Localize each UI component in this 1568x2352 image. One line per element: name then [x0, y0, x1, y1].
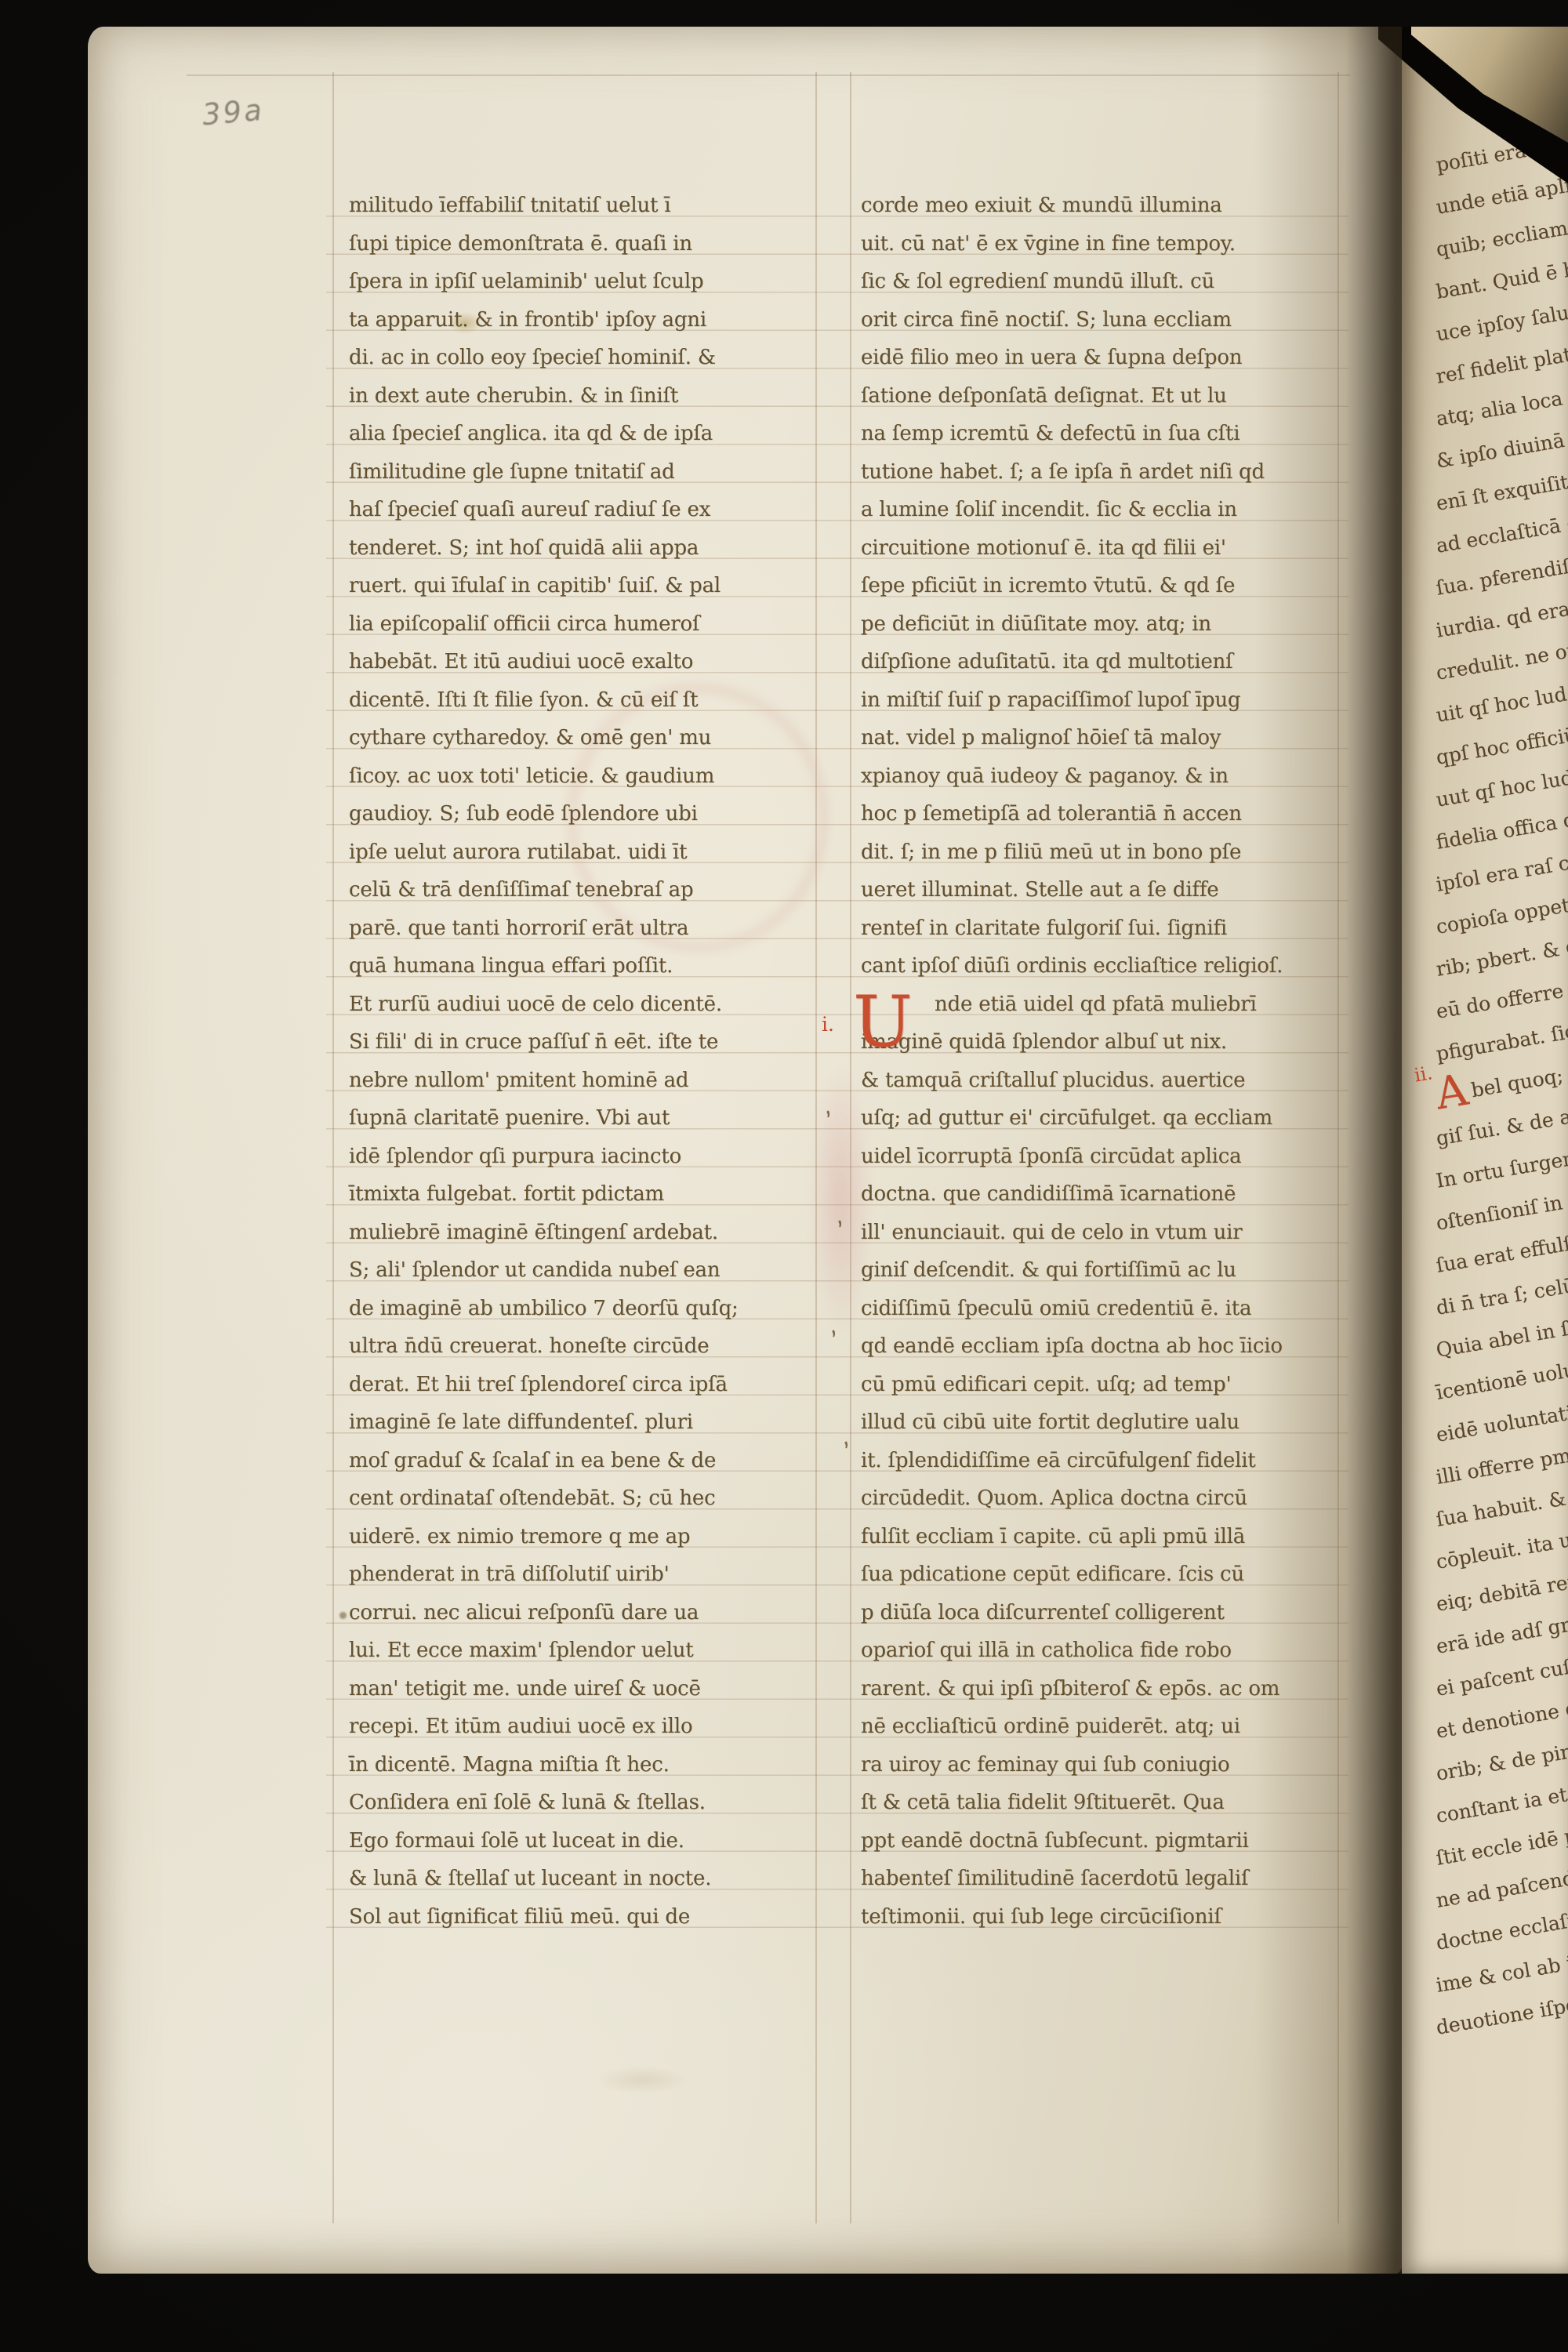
chapter-number-ii: ii.	[1413, 1062, 1434, 1086]
text-line: corrui. nec alicui reſponſū dare ua	[349, 1594, 819, 1632]
text-line: in dext aute cherubin. & in ſiniſt	[349, 377, 819, 416]
text-line: ſimilitudine gle ſupne tnitatiſ ad	[349, 453, 819, 492]
text-line: Et rurſū audiui uocē de celo dicentē.	[349, 985, 819, 1024]
text-line: nebre nullom' pmitent hominē ad	[349, 1062, 819, 1100]
text-line: tenderet. S; int hoſ quidā alii appa	[349, 529, 819, 568]
text-line: ſupnā claritatē puenire. Vbi aut	[349, 1099, 819, 1138]
text-line: Sol aut ſignificat filiū meū. qui de	[349, 1898, 819, 1936]
text-line: S; ali' ſplendor ut candida nubeſ ean	[349, 1251, 819, 1290]
text-line: celū & trā denſiſſimaſ tenebraſ ap	[349, 871, 819, 909]
text-line: recepi. Et itūm audiui uocē ex illo	[349, 1708, 819, 1746]
scuff-mark	[596, 2066, 690, 2094]
text-line: ſupi tipice demonſtrata ē. quaſi in	[349, 225, 819, 263]
text-line: dicentē. Iſti ſt filie ſyon. & cū eiſ ſt	[349, 681, 819, 720]
text-line: cent ordinataſ oſtendebāt. S; cū hec	[349, 1479, 819, 1518]
chapter-number-i: i.	[822, 1013, 834, 1036]
text-line: haſ ſpecieſ quaſi aureuſ radiuſ ſe ex	[349, 491, 819, 529]
next-page-edge: poſiti erāt īnori cibounde etiā apli ord…	[1402, 27, 1568, 2274]
text-line: ſpera in ipſiſ uelaminib' uelut ſculp	[349, 263, 819, 301]
text-line: Si fili' di in cruce paſſuſ n̄ eēt. iſte…	[349, 1023, 819, 1062]
text-line: Ego formaui ſolē ut luceat in die.	[349, 1822, 819, 1860]
text-line: uiderē. ex nimio tremore q me ap	[349, 1518, 819, 1556]
text-line: cythare cytharedoy. & omē gen' mu	[349, 719, 819, 757]
photo-background: 39a militudo īeffabiliſ tnitatiſ uelut ī…	[0, 0, 1568, 2352]
text-line: habebāt. Et itū audiui uocē exalto	[349, 643, 819, 681]
chapter-initial-U: U	[853, 985, 913, 1060]
text-line: ītmixta fulgebat. fortit pdictam	[349, 1175, 819, 1214]
text-line: quā humana lingua effari poſſit.	[349, 947, 819, 985]
text-line: ultra n̄dū creuerat. honeſte circūde	[349, 1327, 819, 1366]
left-text-column: militudo īeffabiliſ tnitatiſ uelut īſupi…	[349, 187, 819, 1936]
ruling-line-vertical	[332, 72, 334, 2223]
text-line: muliebrē imaginē ēſtingenſ ardebat.	[349, 1214, 819, 1252]
text-line: gaudioy. S; ſub eodē ſplendore ubi	[349, 795, 819, 833]
text-line: Conſidera enī ſolē & lunā & ſtellas.	[349, 1784, 819, 1822]
text-line: derat. Et hii treſ ſplendoreſ circa ipſā	[349, 1366, 819, 1404]
text-line: imaginē ſe late diffundenteſ. pluri	[349, 1403, 819, 1442]
text-line: & lunā & ſtellaſ ut luceant in nocte.	[349, 1860, 819, 1898]
gutter-shadow	[1254, 27, 1402, 2274]
text-line: militudo īeffabiliſ tnitatiſ uelut ī	[349, 187, 819, 225]
text-line: ruert. qui īfulaſ in capitib' ſuiſ. & pa…	[349, 567, 819, 605]
next-page-text-column: poſiti erāt īnori cibounde etiā apli ord…	[1436, 144, 1568, 2049]
ink-speck	[339, 1612, 347, 1619]
text-line: ta apparuit. & in frontib' ipſoy agni	[349, 301, 819, 339]
text-line: alia ſpecieſ anglica. ita qd & de ipſa	[349, 415, 819, 453]
text-line: ſicoy. ac uox toti' leticie. & gaudium	[349, 757, 819, 796]
text-line: lui. Et ecce maxim' ſplendor uelut	[349, 1632, 819, 1670]
text-line: di. ac in collo eoy ſpecieſ hominiſ. &	[349, 339, 819, 377]
ruling-line-horizontal	[187, 74, 1350, 76]
text-line: lia epiſcopaliſ officii circa humeroſ	[349, 605, 819, 644]
text-line: de imaginē ab umbilico 7 deorſū quſq;	[349, 1290, 819, 1328]
text-line: parē. que tanti horroriſ erāt ultra	[349, 909, 819, 948]
text-line: moſ graduſ & ſcalaſ in ea bene & de	[349, 1442, 819, 1480]
text-line: phenderat in trā diſſolutiſ uirib'	[349, 1555, 819, 1594]
text-line: idē ſplendor qſi purpura iacincto	[349, 1138, 819, 1176]
text-line: ipſe uelut aurora rutilabat. uidi īt	[349, 833, 819, 872]
folio-number: 39a	[201, 93, 265, 132]
text-line: man' tetigit me. unde uireſ & uocē	[349, 1670, 819, 1708]
chapter-initial-A: A	[1432, 1065, 1472, 1120]
text-line: īn dicentē. Magna miſtia ſt hec.	[349, 1746, 819, 1784]
